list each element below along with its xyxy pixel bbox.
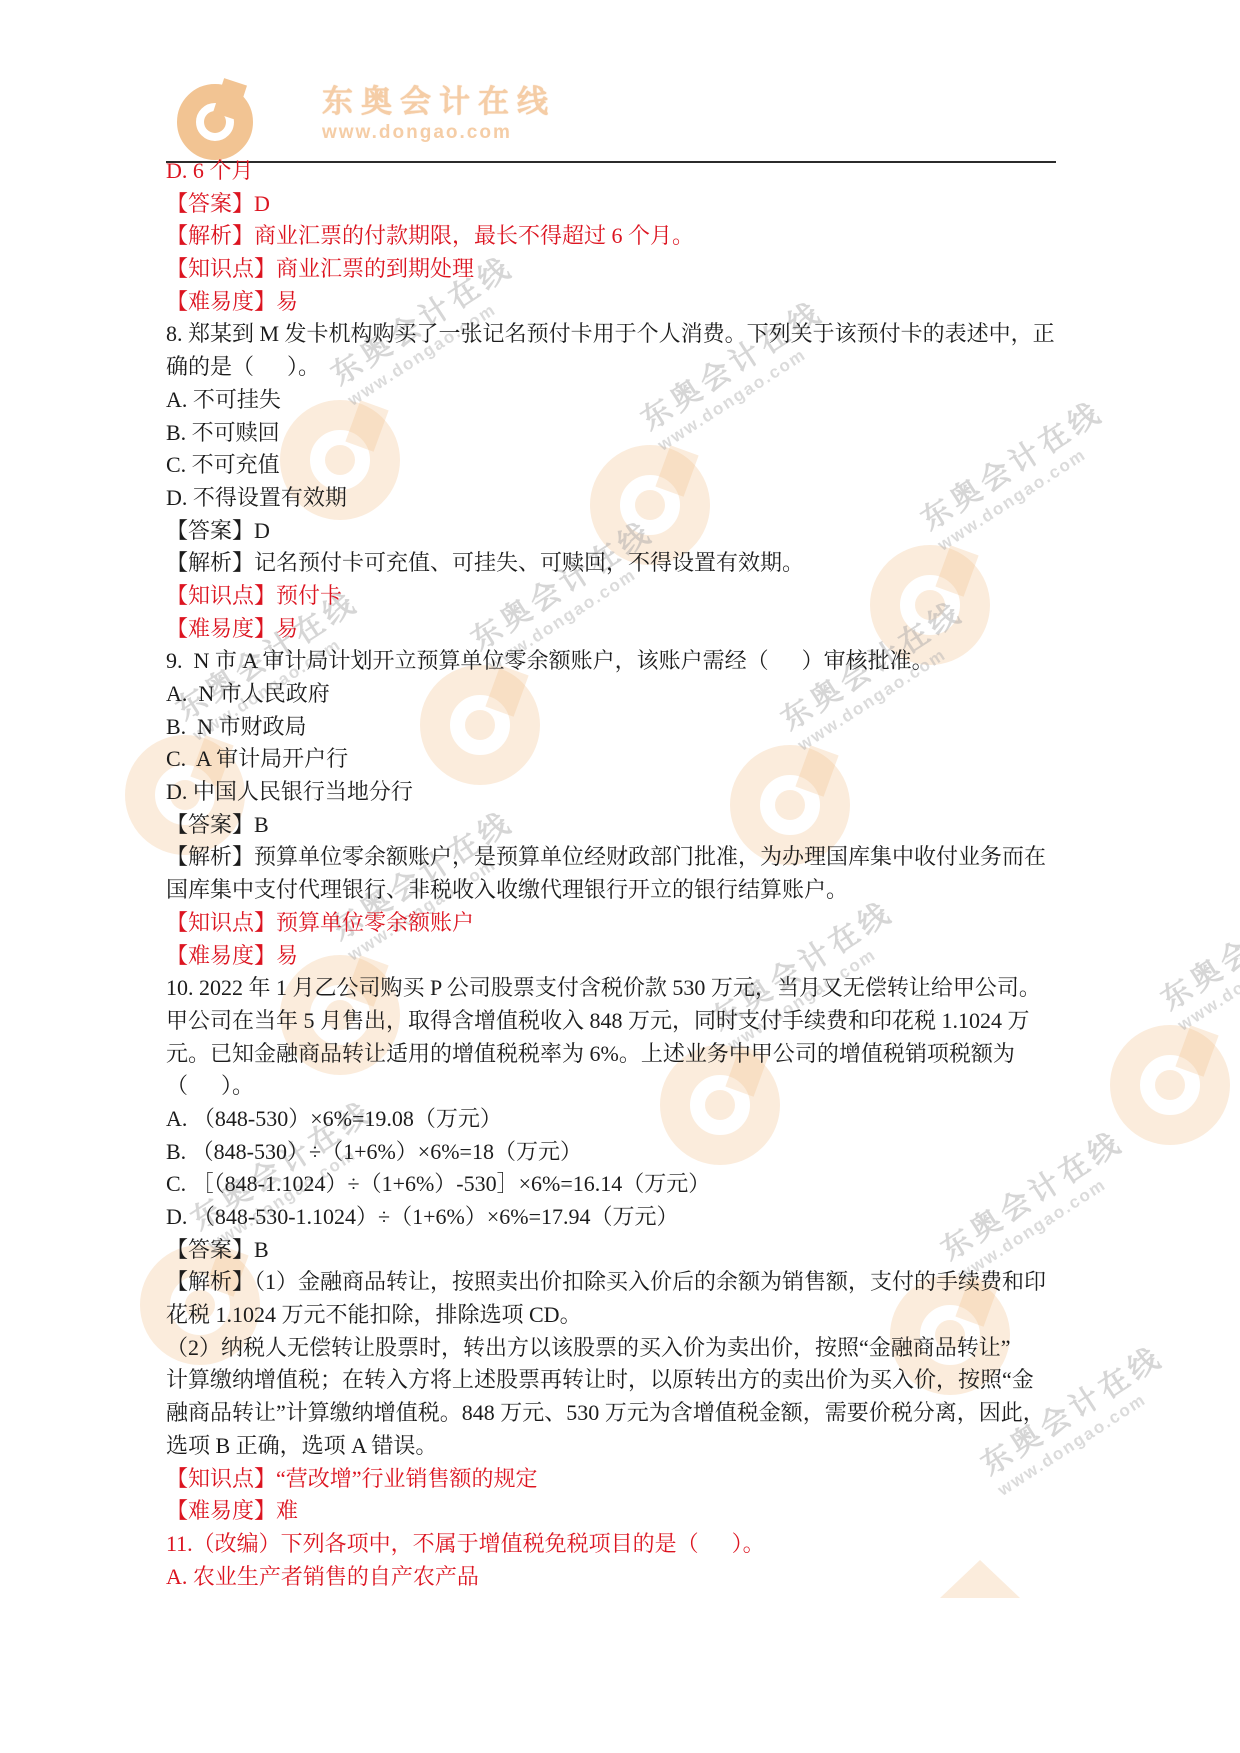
- text-line: 选项 B 正确，选项 A 错误。: [166, 1430, 1096, 1463]
- text-line: 【解析】（1）金融商品转让，按照卖出价扣除买入价后的余额为销售额，支付的手续费和…: [166, 1266, 1096, 1299]
- text-line: 确的是（ ）。: [166, 351, 1096, 384]
- text-line: A. N 市人民政府: [166, 678, 1096, 711]
- text-line: 【难易度】难: [166, 1495, 1096, 1528]
- text-line: A. 农业生产者销售的自产农产品: [166, 1561, 1096, 1594]
- text-line: 【答案】D: [166, 515, 1096, 548]
- text-line: A. （848-530）×6%=19.08（万元）: [166, 1103, 1096, 1136]
- text-line: C. A 审计局开户行: [166, 743, 1096, 776]
- document-page: 东奥会计在线www.dongao.com 东奥会计在线www.dongao.co…: [0, 0, 1240, 1753]
- text-line: 【知识点】预算单位零余额账户: [166, 907, 1096, 940]
- text-line: 融商品转让”计算缴纳增值税。848 万元、530 万元为含增值税金额，需要价税分…: [166, 1397, 1096, 1430]
- dongao-watermark-logo-icon: [1110, 1025, 1230, 1145]
- text-line: D. 不得设置有效期: [166, 482, 1096, 515]
- text-line: 甲公司在当年 5 月售出，取得含增值税收入 848 万元，同时支付手续费和印花税…: [166, 1005, 1096, 1038]
- brand-url: www.dongao.com: [322, 123, 556, 142]
- text-line: 【难易度】易: [166, 286, 1096, 319]
- text-line: D. （848-530-1.1024）÷（1+6%）×6%=17.94（万元）: [166, 1201, 1096, 1234]
- text-line: D. 中国人民银行当地分行: [166, 776, 1096, 809]
- text-line: C. 不可充值: [166, 449, 1096, 482]
- text-line: 计算缴纳增值税；在转入方将上述股票再转让时，以原转出方的卖出价为买入价，按照“金: [166, 1364, 1096, 1397]
- watermark: 东奥会计在线www.dongao.com: [1110, 925, 1240, 1155]
- text-line: 9. N 市 A 审计局计划开立预算单位零余额账户，该账户需经（ ）审核批准。: [166, 645, 1096, 678]
- document-content: D. 6 个月【答案】D【解析】商业汇票的付款期限，最长不得超过 6 个月。【知…: [166, 155, 1096, 1593]
- text-line: 【知识点】预付卡: [166, 580, 1096, 613]
- text-line: 【难易度】易: [166, 940, 1096, 973]
- text-line: 【难易度】易: [166, 613, 1096, 646]
- text-line: 【答案】D: [166, 188, 1096, 221]
- text-line: 元。已知金融商品转让适用的增值税税率为 6%。上述业务中甲公司的增值税销项税额为: [166, 1038, 1096, 1071]
- text-line: 【解析】商业汇票的付款期限，最长不得超过 6 个月。: [166, 220, 1096, 253]
- text-line: 【答案】B: [166, 809, 1096, 842]
- dongao-logo-icon: [177, 84, 253, 160]
- text-line: （2）纳税人无偿转让股票时，转出方以该股票的买入价为卖出价，按照“金融商品转让”: [166, 1332, 1096, 1365]
- text-line: 【知识点】商业汇票的到期处理: [166, 253, 1096, 286]
- text-line: 10. 2022 年 1 月乙公司购买 P 公司股票支付含税价款 530 万元，…: [166, 972, 1096, 1005]
- watermark-url-text: www.dongao.com: [1174, 904, 1240, 1035]
- text-line: B. 不可赎回: [166, 417, 1096, 450]
- text-line: 国库集中支付代理银行、非税收入收缴代理银行开立的银行结算账户。: [166, 874, 1096, 907]
- text-line: B. N 市财政局: [166, 711, 1096, 744]
- brand-name: 东奥会计在线: [322, 86, 556, 117]
- text-line: 11.（改编）下列各项中，不属于增值税免税项目的是（ ）。: [166, 1528, 1096, 1561]
- text-line: 【知识点】“营改增”行业销售额的规定: [166, 1463, 1096, 1496]
- text-line: C. ［（848-1.1024）÷（1+6%）-530］×6%=16.14（万元…: [166, 1168, 1096, 1201]
- text-line: 【解析】记名预付卡可充值、可挂失、可赎回，不得设置有效期。: [166, 547, 1096, 580]
- text-line: 【答案】B: [166, 1234, 1096, 1267]
- text-line: D. 6 个月: [166, 155, 1096, 188]
- text-line: （ ）。: [166, 1070, 1096, 1103]
- brand-block: 东奥会计在线 www.dongao.com: [322, 86, 556, 142]
- text-line: 花税 1.1024 万元不能扣除，排除选项 CD。: [166, 1299, 1096, 1332]
- text-line: B. （848-530）÷（1+6%）×6%=18（万元）: [166, 1136, 1096, 1169]
- text-line: A. 不可挂失: [166, 384, 1096, 417]
- watermark-brand-text: 东奥会计在线: [1155, 875, 1240, 1018]
- text-line: 【解析】预算单位零余额账户，是预算单位经财政部门批准，为办理国库集中收付业务而在: [166, 841, 1096, 874]
- text-line: 8. 郑某到 M 发卡机构购买了一张记名预付卡用于个人消费。下列关于该预付卡的表…: [166, 318, 1096, 351]
